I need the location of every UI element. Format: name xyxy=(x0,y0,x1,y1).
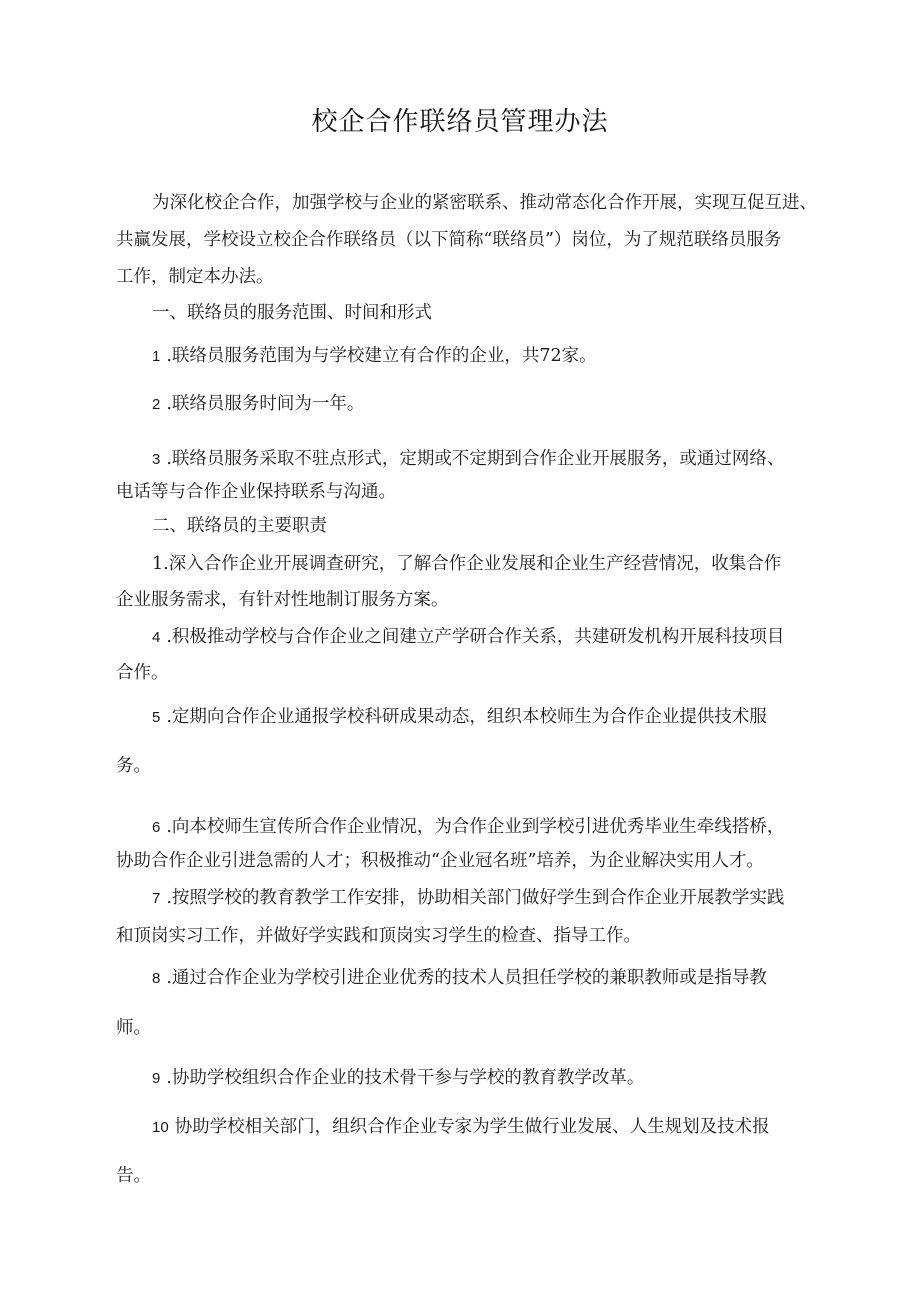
intro-line-1: 为深化校企合作，加强学校与企业的紧密联系、推动常态化合作开展，实现互促互进、 xyxy=(152,192,817,214)
item-number: 1. xyxy=(152,554,169,574)
intro-line-3: 工作，制定本办法。 xyxy=(116,266,274,288)
document-title: 校企合作联络员管理办法 xyxy=(0,101,920,138)
item-text: .联络员服务采取不驻点形式，定期或不定期到合作企业开展服务，或通过网络、 xyxy=(166,449,784,469)
item-text: .定期向合作企业通报学校科研成果动态，组织本校师生为合作企业提供技术服 xyxy=(166,707,767,727)
section-2-item-4-cont: 合作。 xyxy=(116,662,169,684)
item-number: 2 xyxy=(152,396,160,413)
section-2-item-5-cont: 务。 xyxy=(116,755,151,777)
section-2-item-7: 7.按照学校的教育教学工作安排，协助相关部门做好学生到合作企业开展教学实践 xyxy=(152,887,784,910)
section-2-item-8-cont: 师。 xyxy=(116,1017,151,1039)
item-number: 10 xyxy=(152,1119,169,1136)
item-text: .联络员服务时间为一年。 xyxy=(166,394,364,414)
section-2-item-4: 4.积极推动学校与合作企业之间建立产学研合作关系，共建研发机构开展科技项目 xyxy=(152,626,784,649)
item-number: 4 xyxy=(152,629,160,646)
item-number: 3 xyxy=(152,451,160,468)
item-number: 6 xyxy=(152,819,160,836)
item-text: .通过合作企业为学校引进企业优秀的技术人员担任学校的兼职教师或是指导教 xyxy=(166,968,767,988)
item-text: .按照学校的教育教学工作安排，协助相关部门做好学生到合作企业开展教学实践 xyxy=(166,888,784,908)
item-number: 9 xyxy=(152,1070,160,1087)
section-2-heading: 二、联络员的主要职责 xyxy=(152,515,327,537)
item-number: 7 xyxy=(152,890,160,907)
document-page: 校企合作联络员管理办法 为深化校企合作，加强学校与企业的紧密联系、推动常态化合作… xyxy=(0,0,920,1301)
item-number: 1 xyxy=(152,348,160,365)
item-number: 8 xyxy=(152,970,160,987)
item-text: .向本校师生宣传所合作企业情况，为合作企业到学校引进优秀毕业生牵线搭桥， xyxy=(166,817,784,837)
section-2-item-6-cont: 协助合作企业引进急需的人才；积极推动“企业冠名班”培养，为企业解决实用人才。 xyxy=(116,850,764,872)
item-number: 5 xyxy=(152,709,160,726)
section-2-item-7-cont: 和顶岗实习工作，并做好学实践和顶岗实习学生的检查、指导工作。 xyxy=(116,925,641,947)
section-2-item-10: 10协助学校相关部门，组织合作企业专家为学生做行业发展、人生规划及技术报 xyxy=(152,1116,770,1139)
item-text: .联络员服务范围为与学校建立有合作的企业，共72家。 xyxy=(166,346,596,366)
item-text: 深入合作企业开展调查研究，了解合作企业发展和企业生产经营情况，收集合作 xyxy=(169,554,782,574)
section-1-item-1: 1.联络员服务范围为与学校建立有合作的企业，共72家。 xyxy=(152,345,597,368)
section-2-item-1-cont: 企业服务需求，有针对性地制订服务方案。 xyxy=(116,589,449,611)
section-1-item-3-cont: 电话等与合作企业保持联系与沟通。 xyxy=(116,481,396,503)
item-text: .积极推动学校与合作企业之间建立产学研合作关系，共建研发机构开展科技项目 xyxy=(166,627,784,647)
section-2-item-9: 9.协助学校组织合作企业的技术骨干参与学校的教育教学改革。 xyxy=(152,1067,644,1090)
section-2-item-6: 6.向本校师生宣传所合作企业情况，为合作企业到学校引进优秀毕业生牵线搭桥， xyxy=(152,816,784,839)
section-2-item-8: 8.通过合作企业为学校引进企业优秀的技术人员担任学校的兼职教师或是指导教 xyxy=(152,967,767,990)
item-text: .协助学校组织合作企业的技术骨干参与学校的教育教学改革。 xyxy=(166,1068,644,1088)
section-1-heading: 一、联络员的服务范围、时间和形式 xyxy=(152,302,432,324)
section-2-item-1: 1.深入合作企业开展调查研究，了解合作企业发展和企业生产经营情况，收集合作 xyxy=(152,553,781,575)
section-1-item-3: 3.联络员服务采取不驻点形式，定期或不定期到合作企业开展服务，或通过网络、 xyxy=(152,448,784,471)
intro-line-2: 共赢发展，学校设立校企合作联络员（以下简称“联络员”）岗位，为了规范联络员服务 xyxy=(116,229,781,251)
item-text: 协助学校相关部门，组织合作企业专家为学生做行业发展、人生规划及技术报 xyxy=(175,1117,770,1137)
section-2-item-5: 5.定期向合作企业通报学校科研成果动态，组织本校师生为合作企业提供技术服 xyxy=(152,706,767,729)
section-2-item-10-cont: 告。 xyxy=(116,1165,151,1187)
section-1-item-2: 2.联络员服务时间为一年。 xyxy=(152,393,364,416)
